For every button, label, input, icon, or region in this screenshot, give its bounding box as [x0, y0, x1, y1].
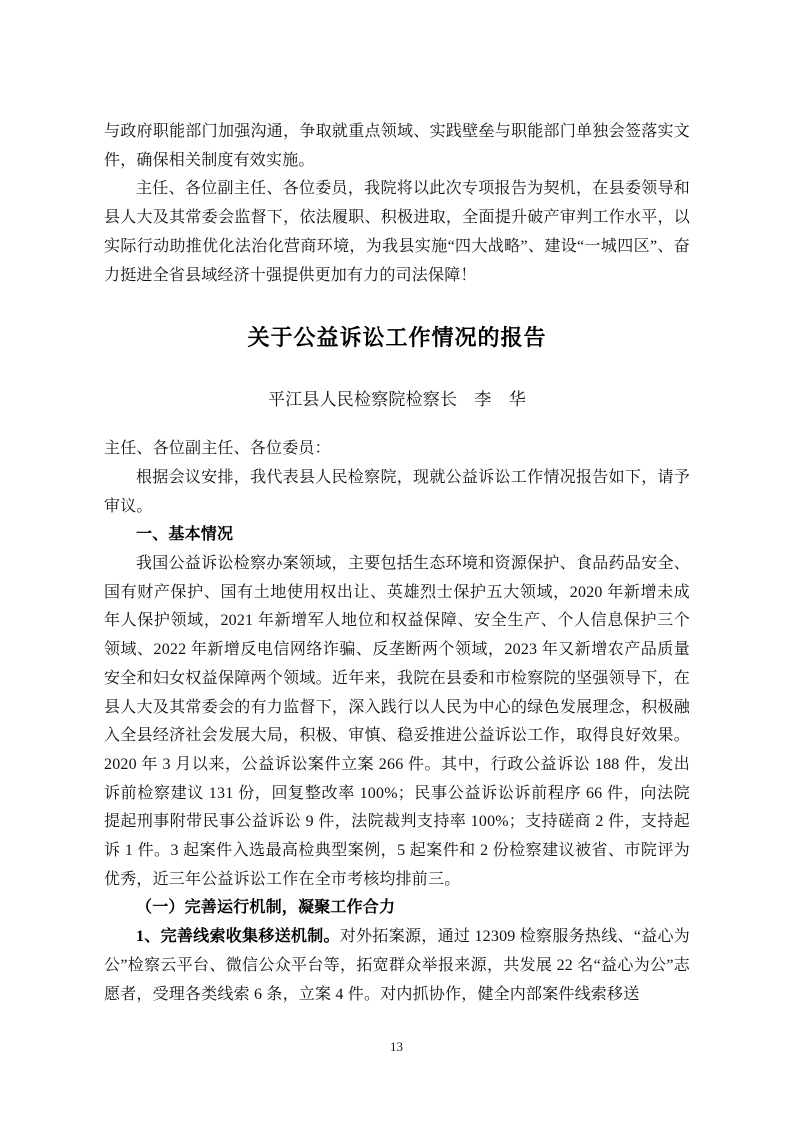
document-page: 与政府职能部门加强沟通，争取就重点领域、实践壁垒与职能部门单独会签落实文件，确保… [0, 0, 793, 1122]
closing-paragraph-continued: 与政府职能部门加强沟通，争取就重点领域、实践壁垒与职能部门单独会签落实文件，确保… [104, 118, 690, 175]
report-title: 关于公益诉讼工作情况的报告 [104, 318, 690, 358]
subsection-1-1-heading: （一）完善运行机制，凝聚工作合力 [104, 894, 690, 923]
report-author-line: 平江县人民检察院检察长 李 华 [104, 385, 690, 415]
section-1-heading: 一、基本情况 [104, 521, 690, 550]
intro-paragraph: 根据会议安排，我代表县人民检察院，现就公益诉讼工作情况报告如下，请予审议。 [104, 464, 690, 521]
item-1-paragraph: 1、完善线索收集移送机制。对外拓案源，通过 12309 检察服务热线、“益心为公… [104, 923, 690, 1009]
closing-paragraph-commitment: 主任、各位副主任、各位委员，我院将以此次专项报告为契机，在县委领导和县人大及其常… [104, 175, 690, 290]
item-1-lead: 1、完善线索收集移送机制。 [136, 928, 340, 945]
page-number: 13 [0, 1038, 793, 1056]
document-content: 与政府职能部门加强沟通，争取就重点领域、实践壁垒与职能部门单独会签落实文件，确保… [104, 118, 690, 1009]
salutation-line: 主任、各位副主任、各位委员： [104, 435, 690, 464]
section-1-paragraph: 我国公益诉讼检察办案领域，主要包括生态环境和资源保护、食品药品安全、国有财产保护… [104, 550, 690, 894]
